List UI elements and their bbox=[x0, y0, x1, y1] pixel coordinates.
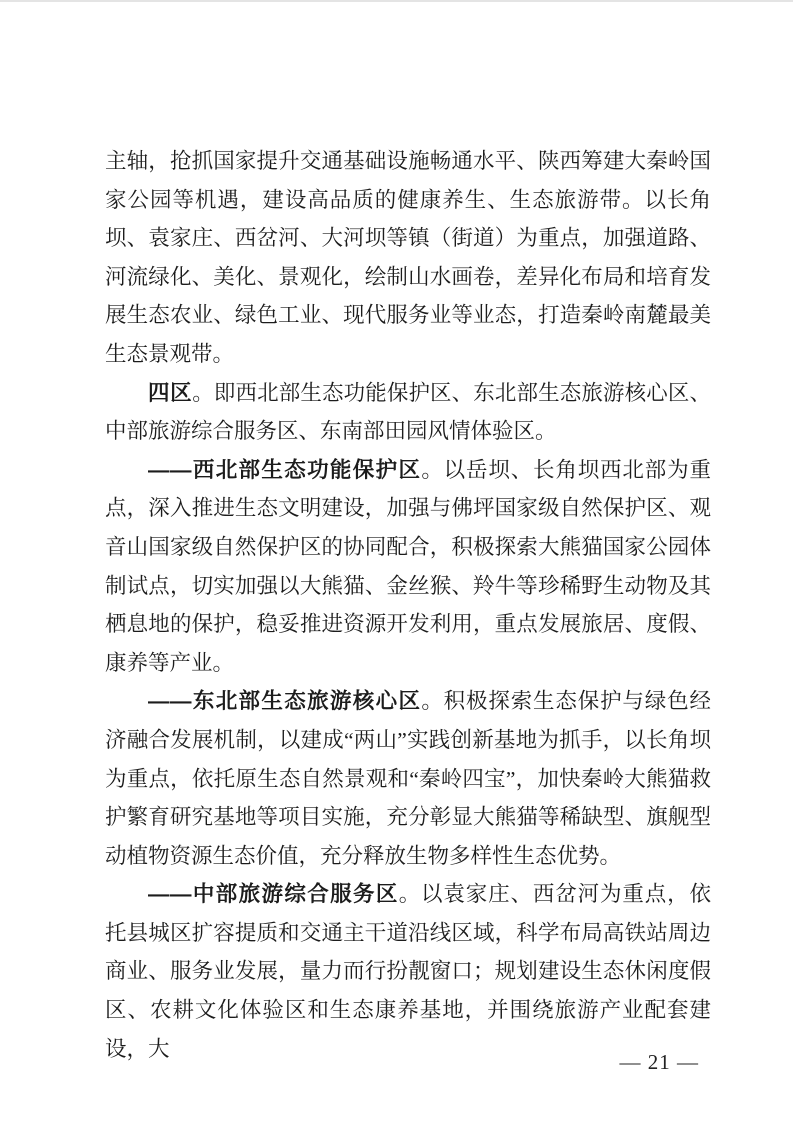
four-districts-heading: 四区 bbox=[148, 381, 192, 405]
four-districts-text: 。即西北部生态功能保护区、东北部生态旅游核心区、中部旅游综合服务区、东南部田园风… bbox=[105, 381, 711, 444]
northwest-district-heading: ——西北部生态功能保护区 bbox=[148, 458, 421, 482]
northwest-district-text: 。以岳坝、长角坝西北部为重点，深入推进生态文明建设，加强与佛坪国家级自然保护区、… bbox=[105, 458, 711, 675]
central-district-text: 。以袁家庄、西岔河为重点，依托县城区扩容提质和交通主干道沿线区域，科学布局高铁站… bbox=[105, 882, 711, 1060]
northeast-district-heading: ——东北部生态旅游核心区 bbox=[148, 689, 421, 713]
paragraph-continuation: 主轴，抢抓国家提升交通基础设施畅通水平、陕西筹建大秦岭国家公园等机遇，建设高品质… bbox=[105, 142, 711, 374]
paragraph-four-districts: 四区。即西北部生态功能保护区、东北部生态旅游核心区、中部旅游综合服务区、东南部田… bbox=[105, 374, 711, 451]
central-district-heading: ——中部旅游综合服务区 bbox=[148, 882, 399, 906]
paragraph-northwest-district: ——西北部生态功能保护区。以岳坝、长角坝西北部为重点，深入推进生态文明建设，加强… bbox=[105, 451, 711, 683]
page-number: — 21 — bbox=[620, 1050, 700, 1074]
paragraph-northeast-district: ——东北部生态旅游核心区。积极探索生态保护与绿色经济融合发展机制，以建成“两山”… bbox=[105, 682, 711, 875]
paragraph-continuation-text: 主轴，抢抓国家提升交通基础设施畅通水平、陕西筹建大秦岭国家公园等机遇，建设高品质… bbox=[105, 149, 711, 366]
page-footer: — 21 — bbox=[620, 1050, 700, 1074]
paragraph-central-district: ——中部旅游综合服务区。以袁家庄、西岔河为重点，依托县城区扩容提质和交通主干道沿… bbox=[105, 875, 711, 1068]
northeast-district-text: 。积极探索生态保护与绿色经济融合发展机制，以建成“两山”实践创新基地为抓手，以长… bbox=[105, 689, 711, 867]
document-page: 主轴，抢抓国家提升交通基础设施畅通水平、陕西筹建大秦岭国家公园等机遇，建设高品质… bbox=[0, 0, 793, 1122]
document-body: 主轴，抢抓国家提升交通基础设施畅通水平、陕西筹建大秦岭国家公园等机遇，建设高品质… bbox=[105, 142, 711, 1068]
